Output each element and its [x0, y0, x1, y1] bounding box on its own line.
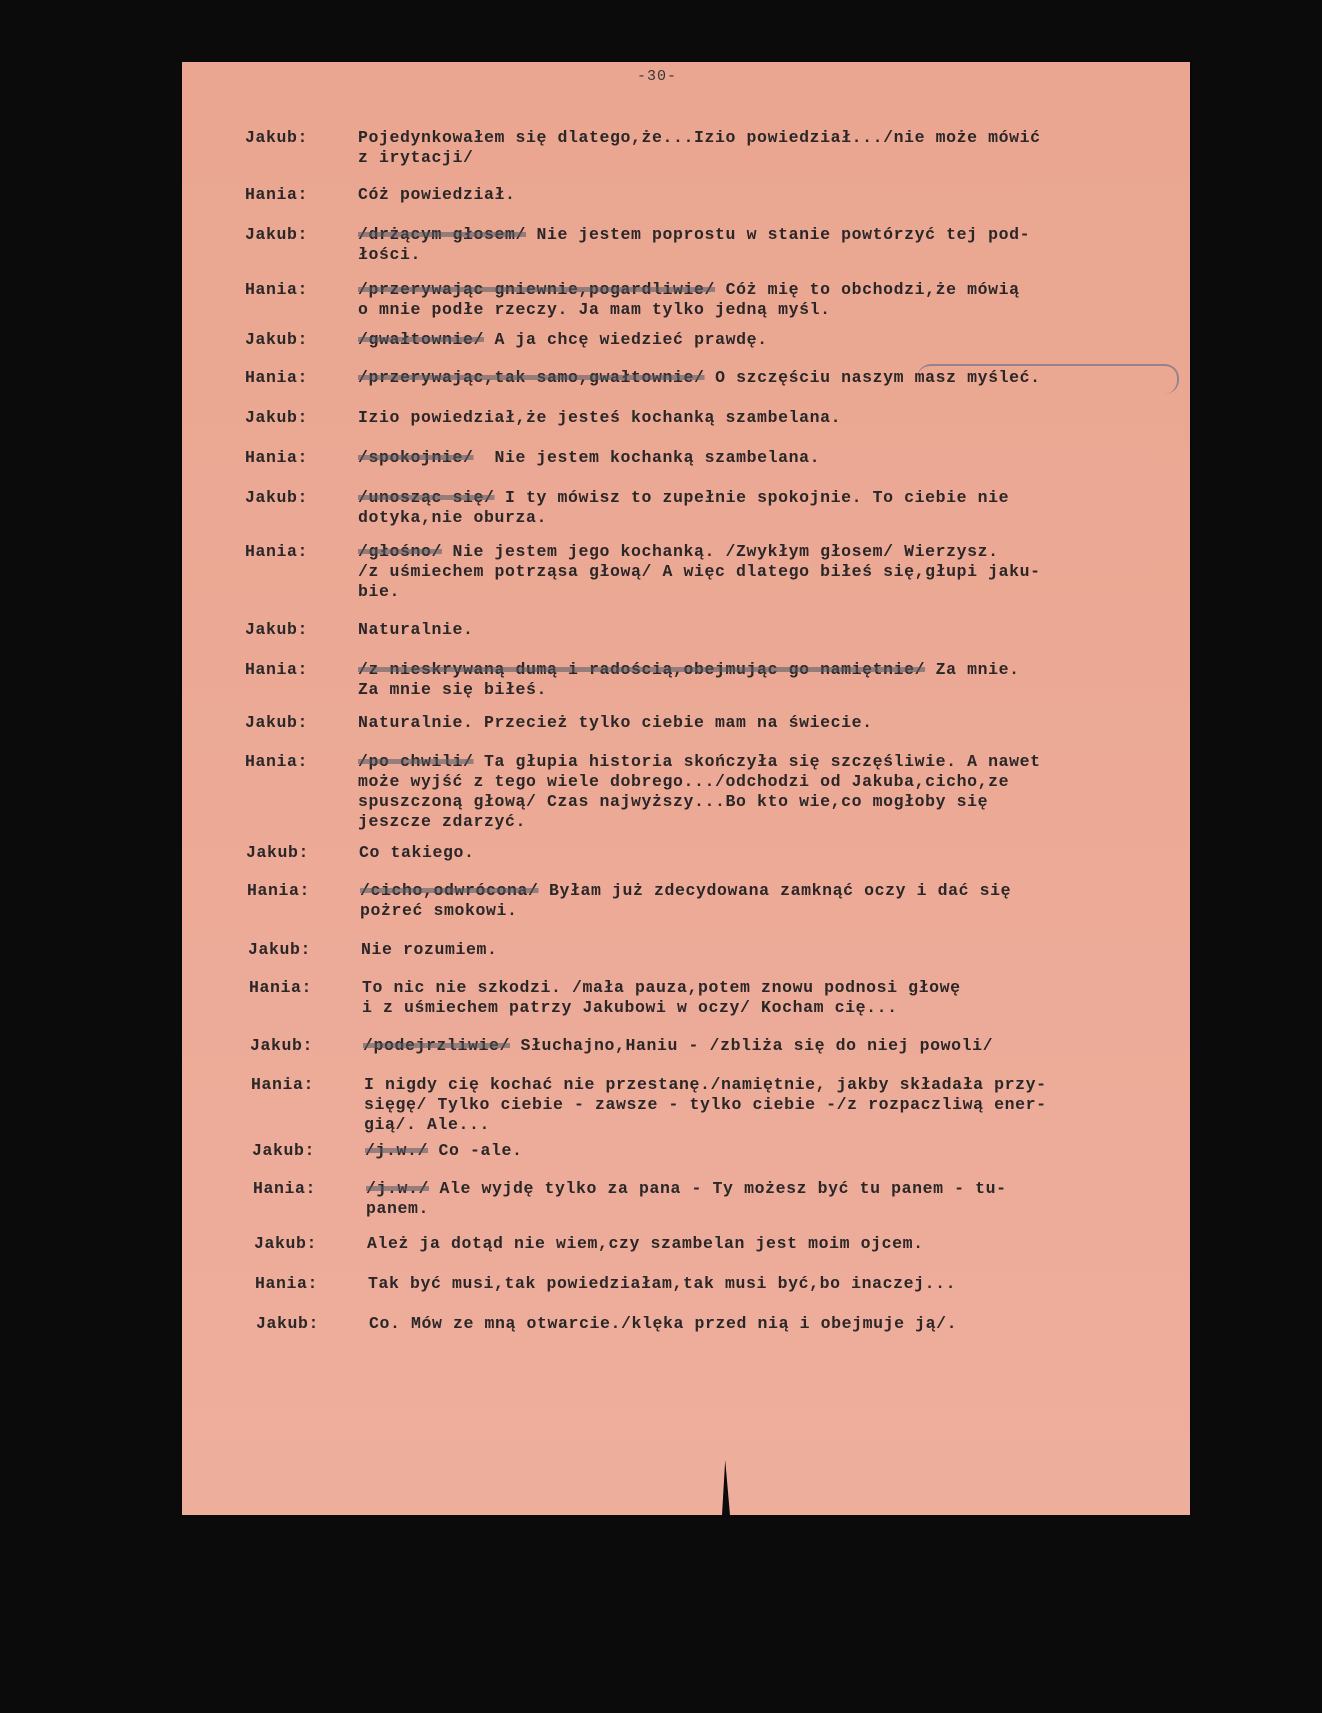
speaker-label: Hania:	[245, 185, 355, 205]
speaker-label: Hania:	[249, 978, 359, 998]
speaker-label: Hania:	[245, 752, 355, 772]
speech-text: Nie rozumiem.	[361, 940, 1150, 960]
speech-text: /unosząc się/ I ty mówisz to zupełnie sp…	[358, 488, 1150, 528]
speech-text: Pojedynkowałem się dlatego,że...Izio pow…	[358, 128, 1150, 168]
speaker-label: Jakub:	[245, 225, 355, 245]
stage-direction: /głośno/	[358, 542, 442, 561]
spoken-line: Co -ale.	[428, 1141, 523, 1160]
speaker-label: Hania:	[253, 1179, 363, 1199]
spoken-line: Co. Mów ze mną otwarcie./klęka przed nią…	[369, 1314, 957, 1333]
speech-text: /cicho,odwrócona/ Byłam już zdecydowana …	[360, 881, 1150, 921]
stage-direction: /drżącym głosem/	[358, 225, 526, 244]
speaker-label: Hania:	[245, 448, 355, 468]
stage-direction: /przerywając gniewnie,pogardliwie/	[358, 280, 715, 299]
speaker-label: Hania:	[255, 1274, 365, 1294]
speaker-label: Hania:	[245, 280, 355, 300]
spoken-line: O szczęściu naszym masz myśleć.	[705, 368, 1041, 387]
speech-text: Cóż powiedział.	[358, 185, 1150, 205]
speech-text: /po chwili/ Ta głupia historia skończyła…	[358, 752, 1150, 832]
stage-direction: /przerywając,tak samo,gwałtownie/	[358, 368, 705, 387]
stage-direction: /z nieskrywaną dumą i radością,obejmując…	[358, 660, 925, 679]
speech-text: Izio powiedział,że jesteś kochanką szamb…	[358, 408, 1150, 428]
speaker-label: Hania:	[245, 660, 355, 680]
speech-text: /przerywając gniewnie,pogardliwie/ Cóż m…	[358, 280, 1150, 320]
speaker-label: Jakub:	[250, 1036, 360, 1056]
speech-text: /głośno/ Nie jestem jego kochanką. /Zwyk…	[358, 542, 1150, 602]
speech-text: Co. Mów ze mną otwarcie./klęka przed nią…	[369, 1314, 1150, 1334]
spoken-line: Nie jestem kochanką szambelana.	[474, 448, 821, 467]
speaker-label: Hania:	[245, 542, 355, 562]
speech-text: /przerywając,tak samo,gwałtownie/ O szcz…	[358, 368, 1150, 388]
speaker-label: Jakub:	[254, 1234, 364, 1254]
speaker-label: Jakub:	[245, 713, 355, 733]
speech-text: Tak być musi,tak powiedziałam,tak musi b…	[368, 1274, 1150, 1294]
speaker-label: Jakub:	[245, 620, 355, 640]
speech-text: Naturalnie. Przecież tylko ciebie mam na…	[358, 713, 1150, 733]
speech-text: /podejrzliwie/ Słuchajno,Haniu - /zbliża…	[363, 1036, 1150, 1056]
spoken-line: Pojedynkowałem się dlatego,że...Izio pow…	[358, 128, 1041, 167]
stage-direction: /gwałtownie/	[358, 330, 484, 349]
spoken-line: Izio powiedział,że jesteś kochanką szamb…	[358, 408, 841, 427]
speech-text: /drżącym głosem/ Nie jestem poprostu w s…	[358, 225, 1150, 265]
speech-text: /z nieskrywaną dumą i radością,obejmując…	[358, 660, 1150, 700]
stage-direction: /podejrzliwie/	[363, 1036, 510, 1055]
spoken-line: To nic nie szkodzi. /mała pauza,potem zn…	[362, 978, 961, 1017]
speech-text: Co takiego.	[359, 843, 1150, 863]
spoken-line: I nigdy cię kochać nie przestanę./namięt…	[364, 1075, 1047, 1134]
spoken-line: Cóż powiedział.	[358, 185, 516, 204]
speech-text: I nigdy cię kochać nie przestanę./namięt…	[364, 1075, 1150, 1135]
speech-text: /j.w./ Ale wyjdę tylko za pana - Ty może…	[366, 1179, 1150, 1219]
speaker-label: Jakub:	[245, 330, 355, 350]
speaker-label: Jakub:	[245, 488, 355, 508]
stage-direction: /cicho,odwrócona/	[360, 881, 539, 900]
spoken-line: Ale wyjdę tylko za pana - Ty możesz być …	[366, 1179, 1007, 1218]
speaker-label: Jakub:	[256, 1314, 366, 1334]
stage-direction: /po chwili/	[358, 752, 474, 771]
speaker-label: Jakub:	[248, 940, 358, 960]
spoken-line: Nie jestem jego kochanką. /Zwykłym głose…	[358, 542, 1041, 601]
spoken-line: Tak być musi,tak powiedziałam,tak musi b…	[368, 1274, 956, 1293]
spoken-line: Co takiego.	[359, 843, 475, 862]
speaker-label: Hania:	[247, 881, 357, 901]
stage-direction: /spokojnie/	[358, 448, 474, 467]
speaker-label: Jakub:	[252, 1141, 362, 1161]
speech-text: Naturalnie.	[358, 620, 1150, 640]
spoken-line: Naturalnie. Przecież tylko ciebie mam na…	[358, 713, 873, 732]
spoken-line: Nie rozumiem.	[361, 940, 498, 959]
speaker-label: Hania:	[251, 1075, 361, 1095]
speech-text: /gwałtownie/ A ja chcę wiedzieć prawdę.	[358, 330, 1150, 350]
spoken-line: A ja chcę wiedzieć prawdę.	[484, 330, 768, 349]
page-number: -30-	[637, 68, 677, 85]
spoken-line: Ależ ja dotąd nie wiem,czy szambelan jes…	[367, 1234, 924, 1253]
speaker-label: Jakub:	[246, 843, 356, 863]
speech-text: Ależ ja dotąd nie wiem,czy szambelan jes…	[367, 1234, 1150, 1254]
spoken-line: Słuchajno,Haniu - /zbliża się do niej po…	[510, 1036, 993, 1055]
stage-direction: /j.w./	[366, 1179, 429, 1198]
speaker-label: Jakub:	[245, 408, 355, 428]
speaker-label: Jakub:	[245, 128, 355, 148]
speaker-label: Hania:	[245, 368, 355, 388]
stage-direction: /unosząc się/	[358, 488, 495, 507]
spoken-line: Naturalnie.	[358, 620, 474, 639]
speech-text: /j.w./ Co -ale.	[365, 1141, 1150, 1161]
speech-text: /spokojnie/ Nie jestem kochanką szambela…	[358, 448, 1150, 468]
speech-text: To nic nie szkodzi. /mała pauza,potem zn…	[362, 978, 1150, 1018]
typewritten-page: -30- Jakub:Pojedynkowałem się dlatego,że…	[182, 62, 1190, 1515]
stage-direction: /j.w./	[365, 1141, 428, 1160]
